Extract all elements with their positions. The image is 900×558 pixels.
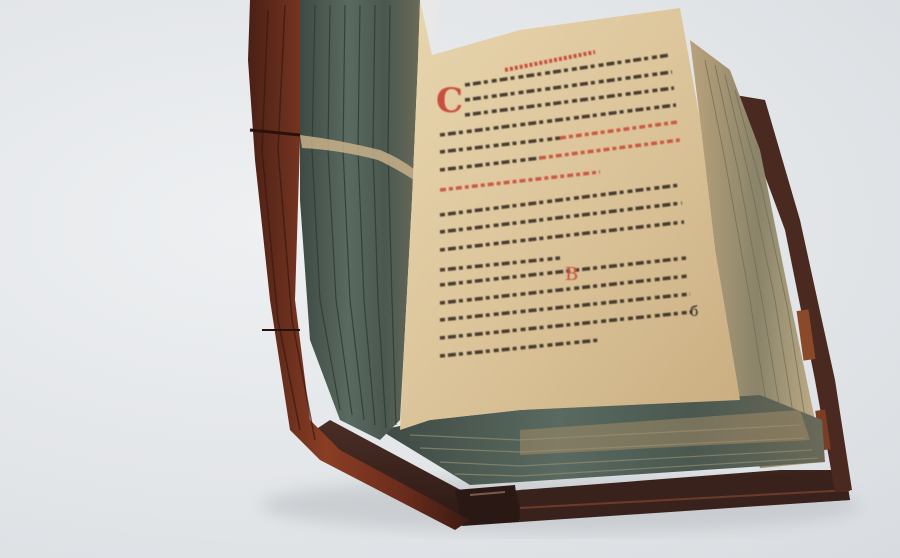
left-page-block <box>300 0 420 440</box>
svg-text:б: б <box>690 304 698 320</box>
book-photograph: С <box>0 0 900 558</box>
red-initial-letter: С <box>436 81 463 121</box>
book-illustration: С <box>0 0 900 558</box>
red-small-initial: В <box>565 264 578 285</box>
